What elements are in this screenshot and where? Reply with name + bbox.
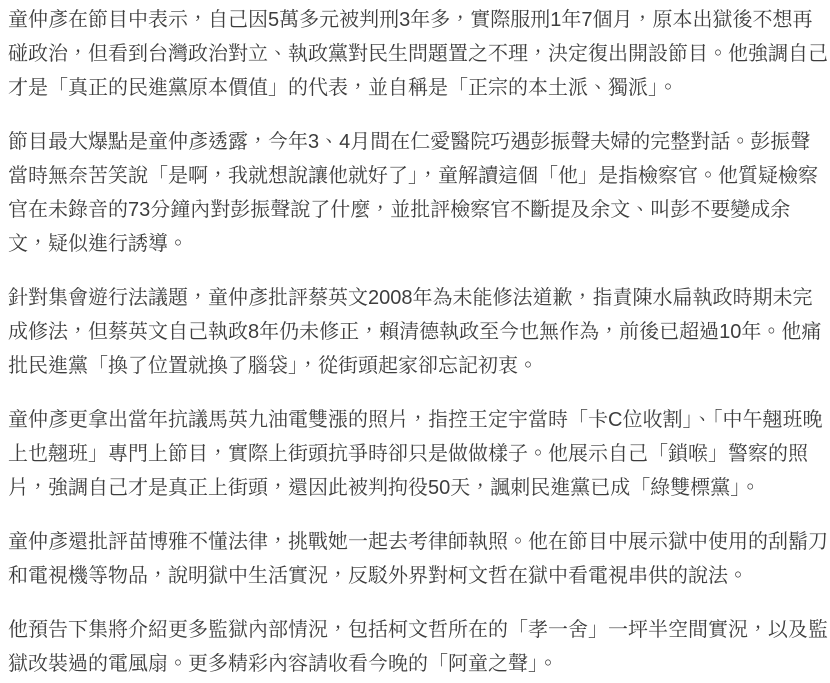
article-paragraph: 童仲彥還批評苗博雅不懂法律，挑戰她一起去考律師執照。他在節目中展示獄中使用的刮鬍…	[8, 525, 828, 593]
article-body: 童仲彥在節目中表示，自己因5萬多元被判刑3年多，實際服刑1年7個月，原本出獄後不…	[0, 0, 830, 681]
article-paragraph: 童仲彥更拿出當年抗議馬英九油電雙漲的照片，指控王定宇當時「卡C位收割」、「中午翹…	[8, 403, 828, 505]
article-paragraph: 針對集會遊行法議題，童仲彥批評蔡英文2008年為未能修法道歉，指責陳水扁執政時期…	[8, 281, 828, 383]
article-paragraph: 童仲彥在節目中表示，自己因5萬多元被判刑3年多，實際服刑1年7個月，原本出獄後不…	[8, 3, 828, 105]
article-paragraph: 節目最大爆點是童仲彥透露，今年3、4月間在仁愛醫院巧遇彭振聲夫婦的完整對話。彭振…	[8, 125, 828, 261]
article-paragraph: 他預告下集將介紹更多監獄內部情況，包括柯文哲所在的「孝一舍」一坪半空間實況，以及…	[8, 613, 828, 681]
